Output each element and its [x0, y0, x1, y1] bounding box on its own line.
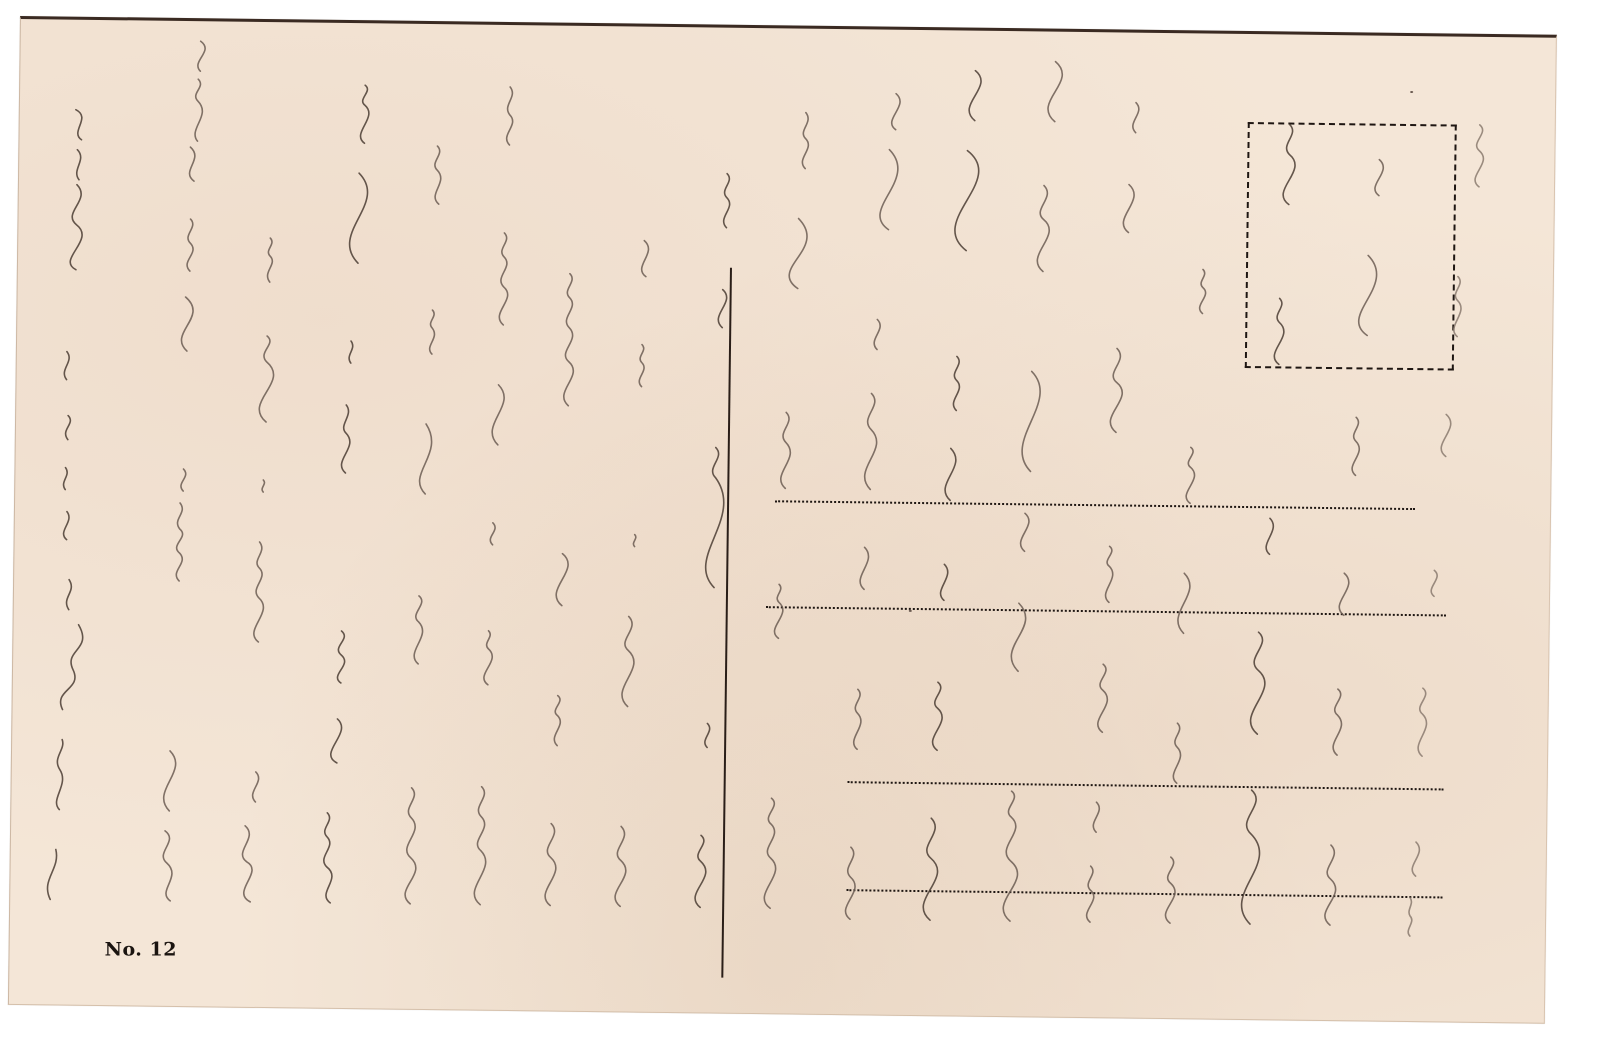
- center-divider-line: [721, 268, 731, 978]
- handwriting-column-1: [47, 109, 89, 899]
- handwriting-column-12: [923, 70, 981, 921]
- address-line-2: [766, 606, 1446, 616]
- handwriting-column-5: [405, 146, 441, 904]
- handwriting-column-15: [1165, 269, 1205, 923]
- handwriting-column-11: [845, 93, 900, 919]
- handwriting-column-10: [764, 112, 809, 908]
- handwriting-column-4: [323, 85, 369, 903]
- handwriting-column-2: [162, 41, 205, 901]
- scan-background: No. 12: [0, 0, 1600, 1049]
- address-line-3: [848, 781, 1444, 790]
- ink-speck: [1410, 91, 1413, 93]
- address-line-4: [846, 889, 1442, 898]
- address-line-1: [775, 500, 1415, 510]
- handwriting-column-6: [474, 87, 513, 905]
- card-number-label: No. 12: [105, 939, 177, 961]
- handwriting-column-8: [615, 240, 649, 906]
- handwriting-column-13: [1003, 61, 1062, 922]
- handwriting-column-3: [242, 238, 275, 902]
- handwriting-column-7: [545, 274, 575, 906]
- postcard-back: No. 12: [8, 16, 1557, 1024]
- handwriting-column-14: [1087, 102, 1139, 922]
- ink-speck: [909, 610, 912, 612]
- stamp-box: [1245, 122, 1457, 371]
